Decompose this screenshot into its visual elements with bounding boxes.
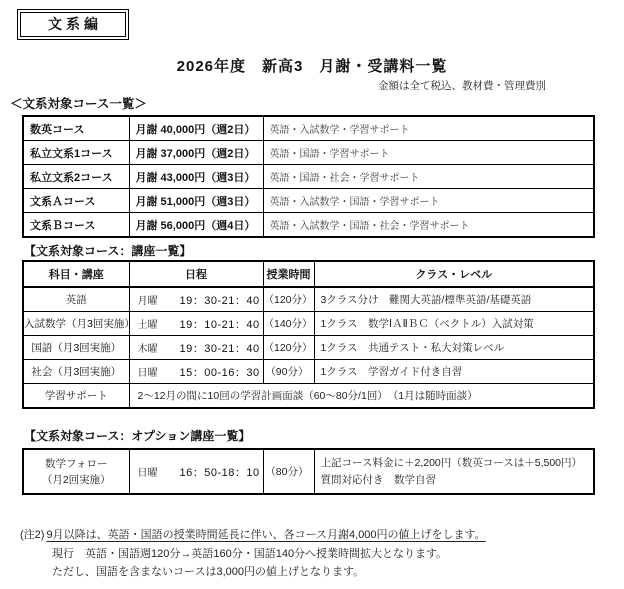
course-fee: 月謝 51,000円（週3日） xyxy=(129,189,263,213)
lecture-duration: （90分） xyxy=(263,360,314,384)
course-name: 私立文系1コース xyxy=(23,141,129,165)
course-name: 文系Ｂコース xyxy=(23,213,129,238)
course-name: 私立文系2コース xyxy=(23,165,129,189)
course-subjects: 英語・国語・学習サポート xyxy=(263,141,594,165)
page-title: 2026年度 新高3 月謝・受講料一覧 xyxy=(0,55,624,76)
course-fee-table: 数英コース 月謝 40,000円（週2日） 英語・入試数学・学習サポート 私立文… xyxy=(22,115,595,238)
course-fee: 月謝 37,000円（週2日） xyxy=(129,141,263,165)
footnotes: (注2)9月以降は、英語・国語の授業時間延長に伴い、各コース月謝4,000円の値… xyxy=(20,526,486,582)
course-name: 数英コース xyxy=(23,116,129,141)
lecture-subject: 入試数学（月3回実施） xyxy=(23,312,129,336)
table-row: 文系Ｂコース 月謝 56,000円（週4日） 英語・入試数学・国語・社会・学習サ… xyxy=(23,213,594,238)
course-fee: 月謝 40,000円（週2日） xyxy=(129,116,263,141)
course-subjects: 英語・入試数学・国語・学習サポート xyxy=(263,189,594,213)
lecture-duration: （140分） xyxy=(263,312,314,336)
bunkei-badge-label: 文系編 xyxy=(20,12,126,37)
lecture-time: 15：00-16：30 xyxy=(180,367,260,379)
lecture-time: 19：10-21：40 xyxy=(180,319,260,331)
course-name: 文系Ａコース xyxy=(23,189,129,213)
option-subject: 数学フォロー （月2回実施） xyxy=(23,449,129,494)
bunkei-badge-box: 文系編 xyxy=(17,9,129,40)
course-list-heading: ＜文系対象コース一覧＞ xyxy=(10,94,147,112)
option-duration: （80分） xyxy=(263,449,314,494)
lecture-time: 19：30-21：40 xyxy=(180,295,260,307)
table-row: 私立文系2コース 月謝 43,000円（週3日） 英語・国語・社会・学習サポート xyxy=(23,165,594,189)
lecture-duration: （120分） xyxy=(263,287,314,312)
lecture-level: 1クラス 共通テスト・私大対策レベル xyxy=(314,336,594,360)
lecture-level: 1クラス 学習ガイド付き自習 xyxy=(314,360,594,384)
option-list-heading: 【文系対象コース：オプション講座一覧】 xyxy=(24,427,250,444)
table-row: 私立文系1コース 月謝 37,000円（週2日） 英語・国語・学習サポート xyxy=(23,141,594,165)
support-subject: 学習サポート xyxy=(23,384,129,409)
lecture-time: 19：30-21：40 xyxy=(180,343,260,355)
option-table: 数学フォロー （月2回実施） 日曜16：50-18：10 （80分） 上記コース… xyxy=(22,448,595,495)
support-detail: 2～12月の間に10回の学習計画面談（60～80分/1回） （1月は随時面談） xyxy=(129,384,594,409)
lecture-day: 月曜 xyxy=(138,292,180,307)
note-line-2: 現行 英語・国語週120分→英語160分・国語140分へ授業時間拡大となります。 xyxy=(20,545,486,564)
table-row-support: 学習サポート 2～12月の間に10回の学習計画面談（60～80分/1回） （1月… xyxy=(23,384,594,409)
course-subjects: 英語・国語・社会・学習サポート xyxy=(263,165,594,189)
lecture-level: 3クラス分け 難関大英語/標準英語/基礎英語 xyxy=(314,287,594,312)
lecture-subject: 英語 xyxy=(23,287,129,312)
option-day: 日曜 xyxy=(138,464,180,479)
course-fee: 月謝 43,000円（週3日） xyxy=(129,165,263,189)
column-header-duration: 授業時間 xyxy=(263,261,314,287)
page-subtitle: 金額は全て税込、教材費・管理費別 xyxy=(378,78,546,93)
lecture-day: 日曜 xyxy=(138,364,180,379)
option-detail-line2: 質問対応付き 数学自習 xyxy=(321,472,594,489)
option-schedule: 日曜16：50-18：10 xyxy=(129,449,263,494)
lecture-schedule: 日曜15：00-16：30 xyxy=(129,360,263,384)
table-row: 数英コース 月謝 40,000円（週2日） 英語・入試数学・学習サポート xyxy=(23,116,594,141)
table-row: 英語 月曜19：30-21：40 （120分） 3クラス分け 難関大英語/標準英… xyxy=(23,287,594,312)
lecture-day: 木曜 xyxy=(138,340,180,355)
option-subject-line1: 数学フォロー xyxy=(24,456,129,472)
note-line-1: (注2)9月以降は、英語・国語の授業時間延長に伴い、各コース月謝4,000円の値… xyxy=(20,526,486,545)
lecture-subject: 国語（月3回実施） xyxy=(23,336,129,360)
lecture-duration: （120分） xyxy=(263,336,314,360)
option-detail: 上記コース料金に＋2,200円（数英コースは＋5,500円） 質問対応付き 数学… xyxy=(314,449,594,494)
table-row: 文系Ａコース 月謝 51,000円（週3日） 英語・入試数学・国語・学習サポート xyxy=(23,189,594,213)
document-page: 文系編 2026年度 新高3 月謝・受講料一覧 金額は全て税込、教材費・管理費別… xyxy=(0,0,624,589)
option-detail-line1: 上記コース料金に＋2,200円（数英コースは＋5,500円） xyxy=(321,455,594,472)
lecture-list-heading: 【文系対象コース：講座一覧】 xyxy=(24,242,191,259)
lecture-level: 1クラス 数学ⅠＡⅡＢＣ（ベクトル）入試対策 xyxy=(314,312,594,336)
option-subject-line2: （月2回実施） xyxy=(24,472,129,488)
note-text-1: 9月以降は、英語・国語の授業時間延長に伴い、各コース月謝4,000円の値上げをし… xyxy=(46,529,485,541)
course-fee: 月謝 56,000円（週4日） xyxy=(129,213,263,238)
column-header-subject: 科目・講座 xyxy=(23,261,129,287)
lecture-schedule: 土曜19：10-21：40 xyxy=(129,312,263,336)
note-line-3: ただし、国語を含まないコースは3,000円の値上げとなります。 xyxy=(20,563,486,582)
table-row: 社会（月3回実施） 日曜15：00-16：30 （90分） 1クラス 学習ガイド… xyxy=(23,360,594,384)
table-row: 入試数学（月3回実施） 土曜19：10-21：40 （140分） 1クラス 数学… xyxy=(23,312,594,336)
table-row: 数学フォロー （月2回実施） 日曜16：50-18：10 （80分） 上記コース… xyxy=(23,449,594,494)
lecture-table: 科目・講座 日程 授業時間 クラス・レベル 英語 月曜19：30-21：40 （… xyxy=(22,260,595,409)
option-time: 16：50-18：10 xyxy=(180,467,260,479)
table-header-row: 科目・講座 日程 授業時間 クラス・レベル xyxy=(23,261,594,287)
lecture-subject: 社会（月3回実施） xyxy=(23,360,129,384)
column-header-schedule: 日程 xyxy=(129,261,263,287)
lecture-schedule: 月曜19：30-21：40 xyxy=(129,287,263,312)
column-header-level: クラス・レベル xyxy=(314,261,594,287)
course-subjects: 英語・入試数学・学習サポート xyxy=(263,116,594,141)
table-row: 国語（月3回実施） 木曜19：30-21：40 （120分） 1クラス 共通テス… xyxy=(23,336,594,360)
course-subjects: 英語・入試数学・国語・社会・学習サポート xyxy=(263,213,594,238)
lecture-schedule: 木曜19：30-21：40 xyxy=(129,336,263,360)
note-label: (注2) xyxy=(20,529,44,541)
lecture-day: 土曜 xyxy=(138,316,180,331)
